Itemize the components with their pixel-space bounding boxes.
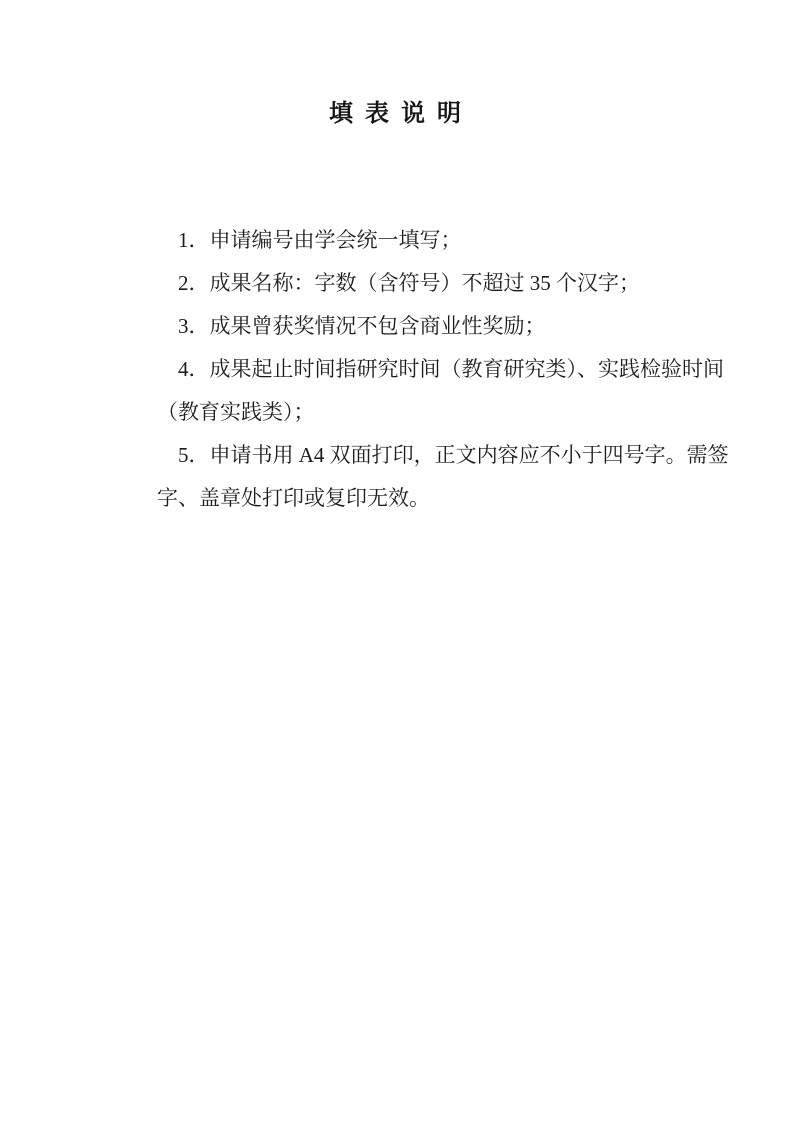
instruction-item-2: 2．成果名称：字数（含符号）不超过 35 个汉字； <box>157 262 681 305</box>
page-title: 填 表 说 明 <box>0 99 793 129</box>
instruction-line: 3．成果曾获奖情况不包含商业性奖励； <box>157 305 681 348</box>
instruction-line: 1．申请编号由学会统一填写； <box>157 219 681 262</box>
document-page: 填 表 说 明 1．申请编号由学会统一填写； 2．成果名称：字数（含符号）不超过… <box>0 0 793 1122</box>
instruction-item-4: 4．成果起止时间指研究时间（教育研究类）、实践检验时间 （教育实践类）； <box>157 348 681 434</box>
instruction-line: 5．申请书用 A4 双面打印，正文内容应不小于四号字。需签 <box>157 434 681 477</box>
instruction-line: 2．成果名称：字数（含符号）不超过 35 个汉字； <box>157 262 681 305</box>
instruction-line: 字、盖章处打印或复印无效。 <box>157 477 681 520</box>
instruction-item-3: 3．成果曾获奖情况不包含商业性奖励； <box>157 305 681 348</box>
instruction-line: 4．成果起止时间指研究时间（教育研究类）、实践检验时间 <box>157 348 681 391</box>
instruction-item-1: 1．申请编号由学会统一填写； <box>157 219 681 262</box>
instruction-line: （教育实践类）； <box>157 391 681 434</box>
instruction-item-5: 5．申请书用 A4 双面打印，正文内容应不小于四号字。需签 字、盖章处打印或复印… <box>157 434 681 520</box>
instructions-list: 1．申请编号由学会统一填写； 2．成果名称：字数（含符号）不超过 35 个汉字；… <box>157 219 681 520</box>
